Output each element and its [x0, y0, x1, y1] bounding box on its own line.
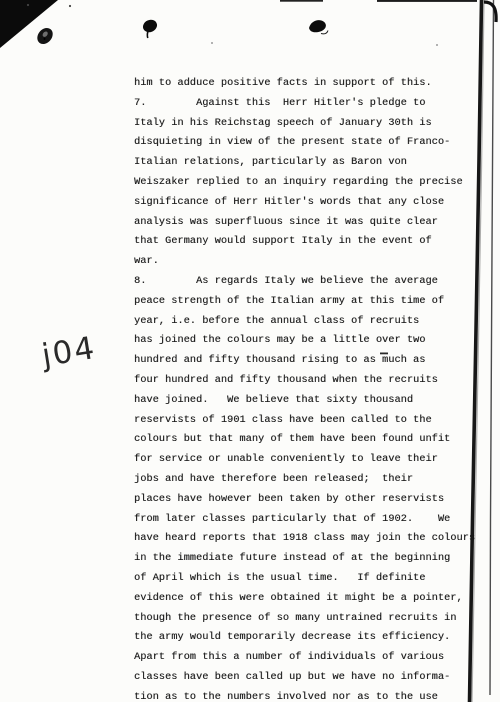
typewritten-text: him to adduce positive facts in support …: [134, 74, 475, 702]
top-edge-hairline: [377, 0, 477, 2]
typewritten-line-17: have joined. We believe that sixty thous…: [134, 391, 475, 411]
top-edge-hairline: [280, 0, 323, 2]
typewritten-line-23: from later classes particularly that of …: [134, 510, 475, 530]
ink-blot-ring: [34, 25, 56, 47]
typewritten-line-10: war.: [134, 252, 475, 272]
corner-fold-triangle: [0, 0, 58, 48]
speck: [436, 44, 438, 46]
typewritten-line-22: places have however been taken by other …: [134, 490, 475, 510]
speck: [27, 4, 29, 6]
corner-hook-mark: [484, 2, 496, 22]
typewritten-line-2: 7. Against this Herr Hitler's pledge to: [134, 94, 475, 114]
typewritten-line-32: tion as to the numbers involved nor as t…: [134, 688, 475, 702]
typewritten-line-11: 8. As regards Italy we believe the avera…: [134, 272, 475, 292]
typewritten-line-1: him to adduce positive facts in support …: [134, 74, 475, 94]
typewritten-line-5: Italian relations, particularly as Baron…: [134, 153, 475, 173]
typewritten-line-6: Weiszaker replied to an inquiry regardin…: [134, 173, 475, 193]
scan-edge-line: [490, 0, 494, 695]
typewritten-line-29: the army would temporarily decrease its …: [134, 628, 475, 648]
typewritten-line-27: evidence of this were obtained it might …: [134, 589, 475, 609]
typewritten-line-4: disquieting in view of the present state…: [134, 133, 475, 153]
typewritten-line-7: significance of Herr Hitler's words that…: [134, 193, 475, 213]
scanned-page: him to adduce positive facts in support …: [0, 0, 500, 702]
speck: [69, 5, 71, 7]
handwritten-annotation: j04: [40, 330, 99, 374]
ink-blot-right: [309, 20, 328, 34]
typewritten-line-9: that Germany would support Italy in the …: [134, 232, 475, 252]
typewritten-line-8: analysis was superfluous since it was qu…: [134, 213, 475, 233]
typewritten-line-3: Italy in his Reichstag speech of January…: [134, 114, 475, 134]
ink-blot-tail: [147, 31, 148, 38]
typewritten-line-18: reservists of 1901 class have been calle…: [134, 411, 475, 431]
ink-blot-dot: [43, 37, 46, 40]
typewritten-line-20: for service or unable conveniently to le…: [134, 450, 475, 470]
typewritten-line-25: in the immediate future instead of at th…: [134, 549, 475, 569]
typewritten-line-16: four hundred and fifty thousand when the…: [134, 371, 475, 391]
typewritten-line-15: hundred and fifty thousand rising to as …: [134, 351, 475, 371]
typewritten-line-24: have heard reports that 1918 class may j…: [134, 529, 475, 549]
typewritten-line-12: peace strength of the Italian army at th…: [134, 292, 475, 312]
typewritten-line-19: colours but that many of them have been …: [134, 430, 475, 450]
ink-blot-body: [309, 20, 326, 32]
typewritten-line-30: Apart from this a number of individuals …: [134, 648, 475, 668]
typewritten-line-28: though the presence of so many untrained…: [134, 609, 475, 629]
ink-blot-body: [141, 18, 159, 35]
typewritten-line-31: classes have been called up but we have …: [134, 668, 475, 688]
typewritten-line-21: jobs and have therefore been released; t…: [134, 470, 475, 490]
ink-blot-curl: [321, 31, 328, 34]
typewritten-line-13: year, i.e. before the annual class of re…: [134, 312, 475, 332]
speck: [211, 42, 213, 44]
ink-blot-body: [34, 25, 56, 47]
typewritten-line-14: has joined the colours may be a little o…: [134, 331, 475, 351]
ink-blot-highlight: [42, 30, 49, 37]
typewritten-line-26: of April which is the usual time. If def…: [134, 569, 475, 589]
ink-blot-left: [141, 18, 159, 38]
